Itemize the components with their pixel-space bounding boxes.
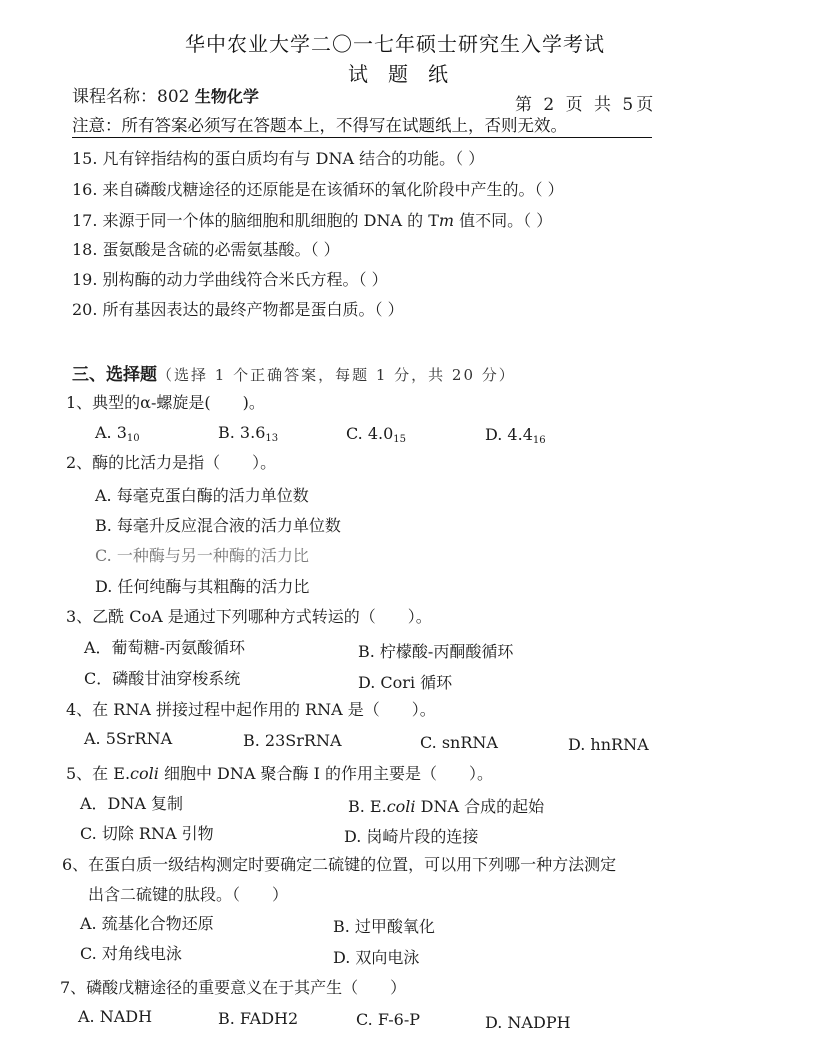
tf-item-20: 20. 所有基因表达的最终产物都是蛋白质。（ ）	[72, 297, 404, 320]
q3-option-d: D. Cori 循环	[358, 670, 452, 693]
question-6-stem: 6、在蛋白质一级结构测定时要确定二硫键的位置，可以用下列哪一种方法测定	[62, 852, 616, 875]
q2-option-b: B. 每毫升反应混合液的活力单位数	[95, 513, 341, 536]
question-1-stem: 1、典型的α-螺旋是( )。	[66, 390, 265, 413]
q5-option-c: C. 切除 RNA 引物	[80, 821, 214, 844]
q6-option-c: C. 对角线电泳	[80, 941, 182, 964]
q2-option-d: D. 任何纯酶与其粗酶的活力比	[95, 574, 309, 597]
exam-page: 华中农业大学二〇一七年硕士研究生入学考试 试题纸 课程名称：802 生物化学 第…	[0, 0, 840, 1053]
q7-option-b: B. FADH2	[218, 1009, 298, 1028]
tf-item-17: 17. 来源于同一个体的脑细胞和肌细胞的 DNA 的 Tm 值不同。（ ）	[72, 208, 552, 231]
q2-option-c: C. 一种酶与另一种酶的活力比	[95, 543, 309, 566]
section-heading: 三、选择题（选择 1 个正确答案，每题 1 分，共 20 分）	[72, 360, 516, 385]
q4-option-c: C. snRNA	[420, 733, 498, 752]
exam-title: 华中农业大学二〇一七年硕士研究生入学考试	[185, 28, 605, 57]
q6-option-a: A. 巯基化合物还原	[80, 911, 214, 934]
q5-option-a: A．DNA 复制	[80, 791, 183, 814]
question-3-stem: 3、乙酰 CoA 是通过下列哪种方式转运的（ ）。	[66, 604, 432, 627]
tf-item-16: 16. 来自磷酸戊糖途径的还原能是在该循环的氧化阶段中产生的。（ ）	[72, 177, 564, 200]
q4-option-b: B. 23SrRNA	[243, 731, 342, 750]
q6-option-d: D. 双向电泳	[333, 945, 419, 968]
item-number: 17.	[72, 211, 97, 230]
item-number: 15.	[72, 149, 97, 168]
q7-option-c: C. F-6-P	[356, 1010, 420, 1029]
item-text: 蛋氨酸是含硫的必需氨基酸。（ ）	[103, 240, 340, 259]
question-6-stem-cont: 出含二硫键的肽段。（ ）	[88, 882, 288, 905]
q1-option-a: A. 310	[95, 423, 140, 444]
tf-item-15: 15. 凡有锌指结构的蛋白质均有与 DNA 结合的功能。（ ）	[72, 146, 484, 169]
exam-subtitle: 试题纸	[348, 58, 468, 87]
q6-option-b: B. 过甲酸氧化	[333, 914, 435, 937]
q3-option-c: C．磷酸甘油穿梭系统	[84, 666, 240, 689]
course-subject: 生物化学	[195, 87, 259, 106]
q1-option-b: B. 3.613	[218, 423, 278, 444]
course-code: 802	[157, 87, 189, 107]
section-title: 三、选择题	[72, 365, 157, 385]
item-text: 来源于同一个体的脑细胞和肌细胞的 DNA 的 T	[103, 211, 439, 230]
tf-item-19: 19. 别构酶的动力学曲线符合米氏方程。（ ）	[72, 267, 388, 290]
tf-item-18: 18. 蛋氨酸是含硫的必需氨基酸。（ ）	[72, 237, 340, 260]
item-number: 20.	[72, 300, 97, 319]
q3-option-b: B. 柠檬酸-丙酮酸循环	[358, 639, 513, 662]
question-2-stem: 2、酶的比活力是指（ ）。	[66, 450, 276, 473]
item-text: 来自磷酸戊糖途径的还原能是在该循环的氧化阶段中产生的。（ ）	[103, 180, 564, 199]
item-text-italic: m	[439, 211, 454, 230]
course-name: 课程名称：802 生物化学	[72, 82, 259, 107]
item-number: 16.	[72, 180, 97, 199]
q5-option-d: D. 岗崎片段的连接	[344, 824, 478, 847]
question-5-stem: 5、在 E.coli 细胞中 DNA 聚合酶 I 的作用主要是（ ）。	[66, 761, 493, 784]
section-note: （选择 1 个正确答案，每题 1 分，共 20 分）	[157, 366, 516, 384]
q1-option-d: D. 4.416	[485, 425, 546, 446]
item-number: 18.	[72, 240, 97, 259]
q4-option-a: A. 5SrRNA	[84, 729, 172, 748]
q1-option-c: C. 4.015	[346, 424, 406, 445]
q4-option-d: D. hnRNA	[568, 735, 649, 754]
q2-option-a: A. 每毫克蛋白酶的活力单位数	[95, 483, 309, 506]
item-text: 别构酶的动力学曲线符合米氏方程。（ ）	[103, 270, 388, 289]
course-label: 课程名称：	[72, 87, 157, 107]
question-7-stem: 7、磷酸戊糖途径的重要意义在于其产生（ ）	[60, 975, 406, 998]
exam-notice: 注意：所有答案必须写在答题本上，不得写在试题纸上，否则无效。	[72, 112, 652, 138]
q7-option-a: A. NADH	[78, 1007, 152, 1026]
item-text: 所有基因表达的最终产物都是蛋白质。（ ）	[103, 300, 404, 319]
question-4-stem: 4、在 RNA 拼接过程中起作用的 RNA 是（ ）。	[66, 697, 436, 720]
q3-option-a: A．葡萄糖-丙氨酸循环	[84, 635, 245, 658]
item-number: 19.	[72, 270, 97, 289]
item-text: 值不同。（ ）	[454, 211, 552, 230]
q5-option-b: B. E.coli DNA 合成的起始	[348, 794, 544, 817]
item-text: 凡有锌指结构的蛋白质均有与 DNA 结合的功能。（ ）	[103, 149, 485, 168]
q7-option-d: D. NADPH	[485, 1013, 571, 1032]
